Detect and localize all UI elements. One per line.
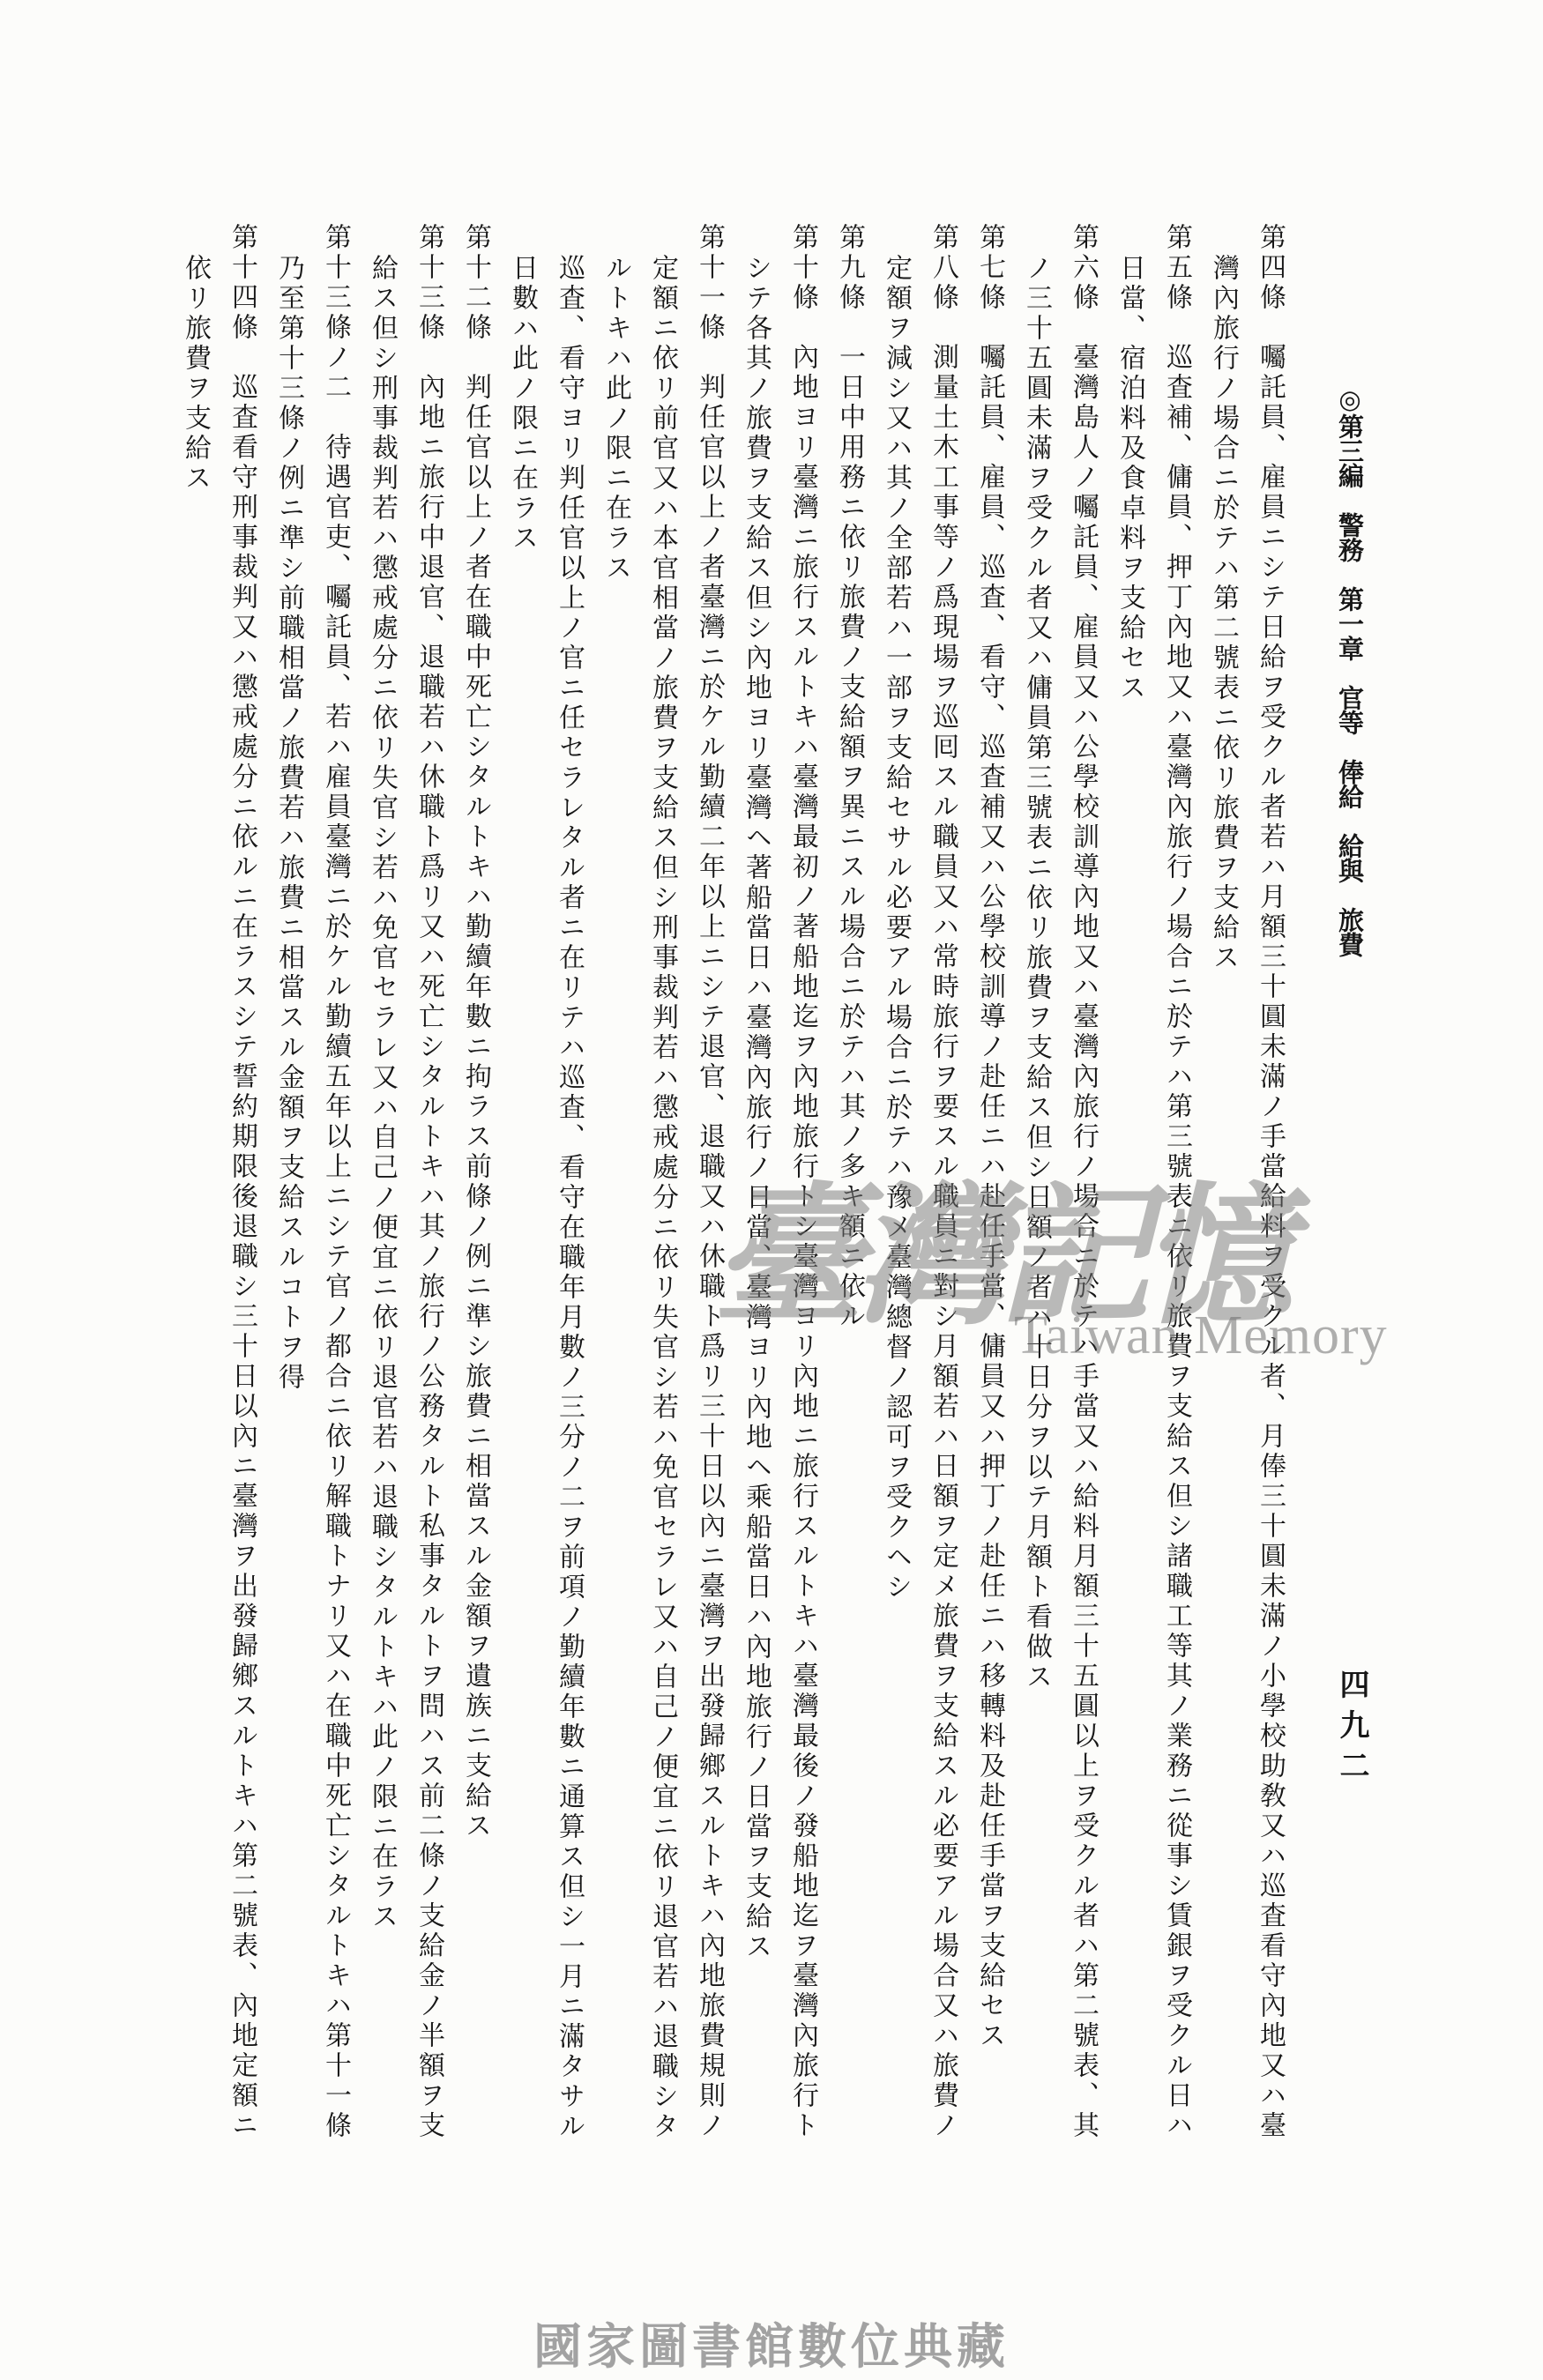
library-digital-archive-caption: 國家圖書館數位典藏 — [0, 2308, 1543, 2377]
edition-chapter-header: ◎第三編 警務 第一章 官等 俸給 給與 旅費 — [1332, 384, 1368, 956]
article-line: 第十條 內地ヨリ臺灣ニ旅行スルトキハ臺灣最初ノ著船地迄ヲ內地旅行トシ臺灣ヨリ內地… — [779, 223, 826, 2142]
article-line: 巡査、看守ヨリ判任官以上ノ官ニ任セラレタル者ニ在リテハ巡査、看守在職年月數ノ三分… — [546, 223, 593, 2142]
article-line: 第六條 臺灣島人ノ囑託員、雇員又ハ公學校訓導內地又ハ臺灣內旅行ノ場合ニ於テハ手當… — [1060, 223, 1107, 2142]
article-line: 第十三條 內地ニ旅行中退官、退職若ハ休職ト爲リ又ハ死亡シタルトキハ其ノ旅行ノ公務… — [406, 223, 452, 2142]
article-line: 第七條 囑託員、雇員、巡査、看守、巡査補又ハ公學校訓導ノ赴任ニハ赴任手當、傭員又… — [966, 223, 1013, 2142]
article-line: 定額ヲ減シ又ハ其ノ全部若ハ一部ヲ支給セサル必要アル場合ニ於テハ豫メ臺灣總督ノ認可… — [873, 223, 920, 2142]
article-line: 第四條 囑託員、雇員ニシテ日給ヲ受クル者若ハ月額三十圓未滿ノ手當給料ヲ受クル者、… — [1247, 223, 1293, 2142]
article-line: 定額ニ依リ前官又ハ本官相當ノ旅費ヲ支給ス但シ刑事裁判若ハ懲戒處分ニ依リ失官シ若ハ… — [639, 223, 686, 2142]
article-line: ルトキハ此ノ限ニ在ラス — [593, 223, 639, 2142]
article-line: 乃至第十三條ノ例ニ準シ前職相當ノ旅費若ハ旅費ニ相當スル金額ヲ支給スルコトヲ得 — [265, 223, 312, 2142]
article-line: ノ三十五圓未滿ヲ受クル者又ハ傭員第三號表ニ依リ旅費ヲ支給ス但シ日額ノ者ハ十日分ヲ… — [1013, 223, 1060, 2142]
article-line: シテ各其ノ旅費ヲ支給ス但シ內地ヨリ臺灣ヘ著船當日ハ臺灣內旅行ノ日當、臺灣ヨリ內地… — [733, 223, 779, 2142]
article-line: 第十一條 判任官以上ノ者臺灣ニ於ケル勤續二年以上ニシテ退官、退職又ハ休職ト爲リ三… — [686, 223, 733, 2142]
article-line: 第十二條 判任官以上ノ者在職中死亡シタルトキハ勤續年數ニ拘ラス前條ノ例ニ準シ旅費… — [452, 223, 499, 2142]
article-line: 依リ旅費ヲ支給ス — [172, 223, 219, 2142]
article-line: 第八條 測量土木工事等ノ爲現場ヲ巡囘スル職員又ハ常時旅行ヲ要スル職員ニ對シ月額若… — [920, 223, 966, 2142]
scanned-page: ◎第三編 警務 第一章 官等 俸給 給與 旅費 第四條 囑託員、雇員ニシテ日給ヲ… — [0, 0, 1543, 2380]
article-line: 第十四條 巡査看守刑事裁判又ハ懲戒處分ニ依ルニ在ラスシテ誓約期限後退職シ三十日以… — [219, 223, 265, 2142]
article-line: 灣內旅行ノ場合ニ於テハ第二號表ニ依リ旅費ヲ支給ス — [1200, 223, 1247, 2142]
page-number: 四九二 — [1331, 1669, 1374, 1790]
article-line: 第九條 一日中用務ニ依リ旅費ノ支給額ヲ異ニスル場合ニ於テハ其ノ多キ額ニ依ル — [826, 223, 873, 2142]
article-line: 日數ハ此ノ限ニ在ラス — [499, 223, 546, 2142]
article-line: 第五條 巡査補、傭員、押丁內地又ハ臺灣內旅行ノ場合ニ於テハ第三號表ニ依リ旅費ヲ支… — [1153, 223, 1200, 2142]
article-line: 日當、宿泊料及食卓料ヲ支給セス — [1107, 223, 1153, 2142]
article-line: 給ス但シ刑事裁判若ハ懲戒處分ニ依リ失官シ若ハ免官セラレ又ハ自己ノ便宜ニ依リ退官若… — [359, 223, 406, 2142]
law-text-block: 第四條 囑託員、雇員ニシテ日給ヲ受クル者若ハ月額三十圓未滿ノ手當給料ヲ受クル者、… — [172, 223, 1293, 2142]
article-line: 第十三條ノ二 待遇官吏、囑託員、若ハ雇員臺灣ニ於ケル勤續五年以上ニシテ官ノ都合ニ… — [312, 223, 359, 2142]
